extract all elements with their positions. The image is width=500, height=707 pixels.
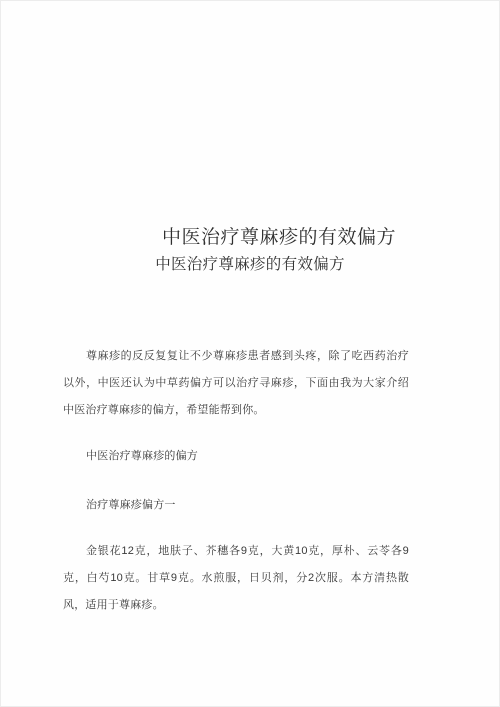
intro-paragraph: 尊麻疹的反反复复让不少尊麻疹患者感到头疼，除了吃西药治疗以外，中医还认为中草药偏… — [63, 343, 409, 424]
document-page: 中医治疗尊麻疹的有效偏方 中医治疗尊麻疹的有效偏方 尊麻疹的反反复复让不少尊麻疹… — [0, 0, 500, 707]
document-subtitle: 中医治疗尊麻疹的有效偏方 — [1, 254, 499, 276]
remedy-paragraph: 金银花12克，地肤子、芥穗各9克，大黄10克，厚朴、云苓各9克，白芍10克。甘草… — [63, 538, 409, 619]
remedy-heading: 治疗尊麻疹偏方一 — [63, 491, 409, 519]
document-body: 尊麻疹的反反复复让不少尊麻疹患者感到头疼，除了吃西药治疗以外，中医还认为中草药偏… — [63, 343, 409, 619]
document-title: 中医治疗尊麻疹的有效偏方 — [1, 225, 499, 251]
section-heading: 中医治疗尊麻疹的偏方 — [63, 442, 409, 470]
